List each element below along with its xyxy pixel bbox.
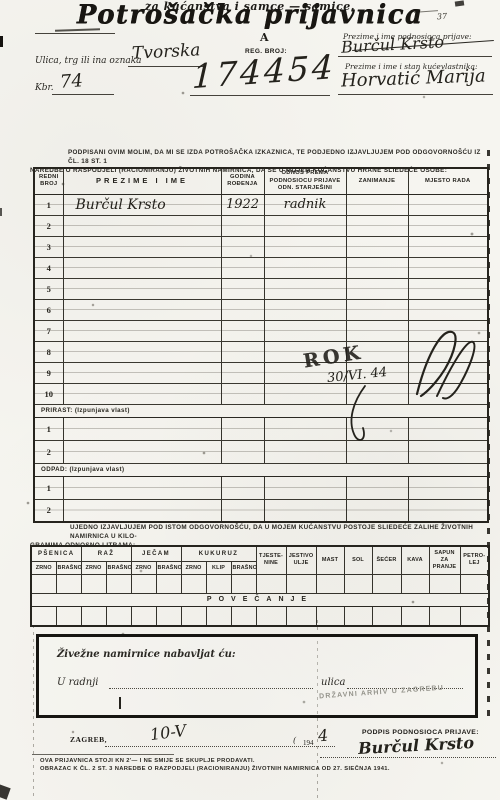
member-workplace-cell: [408, 320, 488, 341]
member-workplace-cell: [408, 341, 488, 362]
section-letter: A: [260, 31, 269, 44]
member-year-cell: [221, 299, 264, 320]
supplies-value-cell: [429, 606, 460, 626]
member-relation-cell: radnik: [264, 194, 346, 215]
supplies-sub-header: BRAŠNO: [231, 561, 256, 574]
supplies-value-cell: [231, 606, 256, 626]
signature-value: Burčul Krsto: [358, 733, 475, 758]
supplies-single-header: JESTIVO ULJE: [286, 546, 316, 574]
date-line: [105, 746, 335, 747]
member-workplace-cell: [408, 194, 488, 215]
header-mjesto-rada: MJESTO RADA: [408, 168, 488, 194]
supplies-table-body: POVEČANJE: [31, 574, 489, 626]
members-header-row: REDNI BROJ PREZIME I IME GODINA ROĐENJA …: [34, 168, 488, 194]
supplies-group-header: KUKURUZ: [181, 546, 256, 561]
member-name-cell: [63, 215, 221, 236]
supplies-declaration-line1: UJEDNO IZJAVLJUJEM POD ISTOM ODGOVORNOŠĆ…: [30, 523, 487, 541]
supplies-single-header: ŠEĆER: [372, 546, 401, 574]
member-occupation-cell: [346, 194, 408, 215]
scanned-form-page: Ulica, trg ili ina oznaka Tvorska Kbr. 7…: [0, 0, 500, 800]
odpad-empty-cell: [264, 499, 346, 522]
member-name-cell: [63, 383, 221, 404]
supplies-value-cell: [344, 574, 372, 593]
prirast-label: PRIRAST: (Izpunjava vlast): [34, 404, 488, 417]
member-workplace-cell: [408, 278, 488, 299]
header-godina: GODINA ROĐENJA: [221, 168, 264, 194]
prirast-num-cell: 1: [34, 417, 63, 440]
member-row: 10: [34, 383, 488, 404]
year-printed: 194: [303, 739, 314, 747]
supplies-value-cell: [316, 606, 344, 626]
supplies-single-header: MAST: [316, 546, 344, 574]
city-label: ZAGREB,: [70, 735, 107, 744]
kbr-underline: [52, 94, 114, 95]
member-row: 7: [34, 320, 488, 341]
member-name-cell: [63, 320, 221, 341]
prirast-empty-cell: [63, 440, 221, 463]
member-occupation-cell: [346, 341, 408, 362]
header-zanimanje: ZANIMANJE: [346, 168, 408, 194]
prirast-empty-cell: [408, 417, 488, 440]
supplies-value-cell: [401, 606, 429, 626]
supplies-value-cell: [344, 606, 372, 626]
supplies-value-cell: [56, 606, 81, 626]
member-year-cell: [221, 257, 264, 278]
member-occupation-cell: [346, 278, 408, 299]
member-year-cell: [221, 341, 264, 362]
supplies-value-cell: [181, 606, 206, 626]
supplies-value-cell: [316, 574, 344, 593]
odpad-num-cell: 2: [34, 499, 63, 522]
street-value: Tvorska: [132, 40, 201, 64]
prirast-row: 1: [34, 417, 488, 440]
member-num-cell: 1: [34, 194, 63, 215]
prirast-label-row: PRIRAST: (Izpunjava vlast): [34, 404, 488, 417]
supplies-value-cell: [372, 574, 401, 593]
member-row: 4: [34, 257, 488, 278]
prirast-empty-cell: [221, 440, 264, 463]
applicant-underline: [338, 56, 492, 57]
supplies-value-cell: [156, 606, 181, 626]
supplies-group-header: PŠENICA: [31, 546, 81, 561]
date-handwritten: 10-V: [149, 721, 187, 744]
member-workplace-cell: [408, 362, 488, 383]
supplies-group-header: JEČAM: [131, 546, 181, 561]
header-odnos: ODNOS PREMA PODNOSIOCU PRIJAVE ODN. STAR…: [264, 168, 346, 194]
member-num-cell: 10: [34, 383, 63, 404]
member-occupation-cell: [346, 257, 408, 278]
member-year-cell: [221, 236, 264, 257]
supplies-value-cell: [206, 574, 231, 593]
member-name-cell: [63, 299, 221, 320]
member-name-cell: [63, 362, 221, 383]
fineprint-line2: OBRAZAC K ČL. 2 ST. 3 NAREDBE O RAZPODJE…: [40, 766, 390, 772]
signature-line: [320, 757, 496, 758]
supplies-increase-row: POVEČANJE: [31, 593, 489, 606]
supplies-extra-row: [31, 606, 489, 626]
corner-blot: [0, 784, 11, 799]
member-row: 5: [34, 278, 488, 299]
member-name-cell: [63, 341, 221, 362]
supplies-value-cell: [256, 574, 286, 593]
supplies-single-header: SAPUN ZA PRANJE: [429, 546, 460, 574]
kbr-value: 74: [59, 70, 83, 93]
member-name-cell: Burčul Krsto: [63, 194, 221, 215]
member-row: 1Burčul Krsto1922radnik: [34, 194, 488, 215]
odpad-empty-cell: [63, 499, 221, 522]
supplies-value-cell: [106, 574, 131, 593]
supplies-value-cell: [372, 606, 401, 626]
member-occupation-cell: [346, 320, 408, 341]
supplies-group-row: PŠENICARAŽJEČAMKUKURUZTJESTE-NINEJESTIVO…: [31, 546, 489, 561]
member-num-cell: 2: [34, 215, 63, 236]
member-relation-cell: [264, 278, 346, 299]
supplies-value-cell: [56, 574, 81, 593]
purchase-declaration-box: Živežne namirnice nabavljat ću: U radnji…: [36, 634, 478, 718]
prirast-row: 2: [34, 440, 488, 463]
odpad-empty-cell: [63, 476, 221, 499]
purchase-heading: Živežne namirnice nabavljat ću:: [57, 649, 236, 660]
form-subtitle: za kućanstva i samce — samice.: [0, 0, 500, 13]
member-occupation-cell: [346, 362, 408, 383]
shop-label: U radnji: [57, 677, 99, 688]
members-table-head: REDNI BROJ PREZIME I IME GODINA ROĐENJA …: [34, 168, 488, 194]
supplies-value-cell: [131, 606, 156, 626]
member-workplace-cell: [408, 383, 488, 404]
supplies-single-header: PETRO-LEJ: [460, 546, 489, 574]
members-table-body: 1Burčul Krsto1922radnik2345678910PRIRAST…: [34, 194, 488, 522]
member-num-cell: 8: [34, 341, 63, 362]
member-year-cell: [221, 362, 264, 383]
odpad-num-cell: 1: [34, 476, 63, 499]
member-year-cell: 1922: [221, 194, 264, 215]
supplies-value-cell: [460, 606, 489, 626]
supplies-group-header: RAŽ: [81, 546, 131, 561]
supplies-single-header: TJESTE-NINE: [256, 546, 286, 574]
supplies-value-cell: [286, 606, 316, 626]
member-relation-cell: [264, 257, 346, 278]
owner-value: Horvatić Marija: [341, 65, 486, 91]
supplies-value-cell: [81, 606, 106, 626]
supplies-sub-header: BRAŠNO: [156, 561, 181, 574]
member-year-cell: [221, 215, 264, 236]
household-members-table: REDNI BROJ PREZIME I IME GODINA ROĐENJA …: [33, 167, 489, 523]
fineprint-line1: OVA PRIJAVNICA STOJI KN 2'— I NE SMIJE S…: [40, 758, 255, 764]
member-row: 6: [34, 299, 488, 320]
member-occupation-cell: [346, 383, 408, 404]
supplies-sub-header: KLIP: [206, 561, 231, 574]
member-occupation-cell: [346, 299, 408, 320]
member-name-cell: [63, 257, 221, 278]
declaration-line1: PODPISANI OVIM MOLIM, DA MI SE IZDA POTR…: [30, 148, 487, 166]
supplies-value-cell: [401, 574, 429, 593]
odpad-row: 1: [34, 476, 488, 499]
member-relation-cell: [264, 383, 346, 404]
odpad-empty-cell: [346, 499, 408, 522]
prirast-empty-cell: [63, 417, 221, 440]
supplies-single-header: SOL: [344, 546, 372, 574]
supplies-sub-header: ZRNO: [31, 561, 56, 574]
member-workplace-cell: [408, 215, 488, 236]
supplies-single-header: KAVA: [401, 546, 429, 574]
odpad-empty-cell: [221, 476, 264, 499]
supplies-sub-header: BRAŠNO: [56, 561, 81, 574]
member-relation-cell: [264, 299, 346, 320]
supplies-sub-header: ZRNO: [181, 561, 206, 574]
kbr-label: Kbr.: [35, 83, 54, 93]
member-relation-cell: [264, 320, 346, 341]
supplies-value-cell: [156, 574, 181, 593]
fold-line-left: [33, 625, 34, 800]
prirast-empty-cell: [264, 440, 346, 463]
member-relation-cell: [264, 341, 346, 362]
member-occupation-cell: [346, 236, 408, 257]
member-row: 2: [34, 215, 488, 236]
prirast-empty-cell: [264, 417, 346, 440]
odpad-label: ODPAD: (Izpunjava vlast): [34, 463, 488, 476]
supplies-value-cell: [31, 574, 56, 593]
supplies-value-cell: [460, 574, 489, 593]
member-num-cell: 6: [34, 299, 63, 320]
prirast-empty-cell: [408, 440, 488, 463]
supplies-value-cell: [106, 606, 131, 626]
member-row: 8: [34, 341, 488, 362]
prirast-empty-cell: [346, 417, 408, 440]
odpad-empty-cell: [264, 476, 346, 499]
member-year-cell: [221, 320, 264, 341]
reg-number-value: 174454: [191, 47, 336, 96]
blank-line: [35, 33, 115, 34]
member-row: 3: [34, 236, 488, 257]
ink-mark: [119, 697, 121, 709]
member-workplace-cell: [408, 257, 488, 278]
supplies-value-cell: [231, 574, 256, 593]
supplies-sub-header: ZRNO: [81, 561, 106, 574]
header-prezime-ime: PREZIME I IME: [63, 168, 221, 194]
member-year-cell: [221, 383, 264, 404]
member-num-cell: 4: [34, 257, 63, 278]
fineprint-rule: [32, 754, 174, 755]
supplies-value-cell: [81, 574, 106, 593]
supplies-value-cell: [206, 606, 231, 626]
street-label: Ulica, trg ili ina oznaka: [35, 56, 142, 66]
edge-mark: [0, 208, 2, 216]
member-num-cell: 7: [34, 320, 63, 341]
reg-underline: [190, 95, 330, 96]
odpad-empty-cell: [408, 499, 488, 522]
member-name-cell: [63, 236, 221, 257]
member-row: 9: [34, 362, 488, 383]
member-num-cell: 9: [34, 362, 63, 383]
supplies-sub-header: ZRNO: [131, 561, 156, 574]
member-workplace-cell: [408, 236, 488, 257]
paren-artifact: (: [293, 736, 296, 745]
prirast-empty-cell: [346, 440, 408, 463]
edge-mark: [0, 36, 3, 47]
member-relation-cell: [264, 362, 346, 383]
member-workplace-cell: [408, 299, 488, 320]
food-supplies-table: PŠENICARAŽJEČAMKUKURUZTJESTE-NINEJESTIVO…: [30, 545, 490, 627]
member-year-cell: [221, 278, 264, 299]
odpad-empty-cell: [221, 499, 264, 522]
supplies-value-cell: [286, 574, 316, 593]
supplies-sub-header: BRAŠNO: [106, 561, 131, 574]
odpad-row: 2: [34, 499, 488, 522]
prirast-empty-cell: [221, 417, 264, 440]
street-field-label: ulica: [321, 677, 345, 688]
supplies-value-cell: [256, 606, 286, 626]
shop-line: [109, 688, 313, 689]
supplies-value-cell: [429, 574, 460, 593]
supplies-increase-cell: POVEČANJE: [31, 593, 489, 606]
supplies-value-cell: [131, 574, 156, 593]
year-handwritten: 4: [317, 726, 329, 746]
odpad-empty-cell: [346, 476, 408, 499]
member-num-cell: 3: [34, 236, 63, 257]
member-name-cell: [63, 278, 221, 299]
member-occupation-cell: [346, 215, 408, 236]
supplies-value-cell: [31, 606, 56, 626]
supplies-stock-row: [31, 574, 489, 593]
header-redni-broj: REDNI BROJ: [34, 168, 63, 194]
supplies-value-cell: [181, 574, 206, 593]
member-num-cell: 5: [34, 278, 63, 299]
member-relation-cell: [264, 215, 346, 236]
member-relation-cell: [264, 236, 346, 257]
odpad-empty-cell: [408, 476, 488, 499]
prirast-num-cell: 2: [34, 440, 63, 463]
supplies-table-head: PŠENICARAŽJEČAMKUKURUZTJESTE-NINEJESTIVO…: [31, 546, 489, 574]
owner-underline: [338, 94, 493, 95]
odpad-label-row: ODPAD: (Izpunjava vlast): [34, 463, 488, 476]
